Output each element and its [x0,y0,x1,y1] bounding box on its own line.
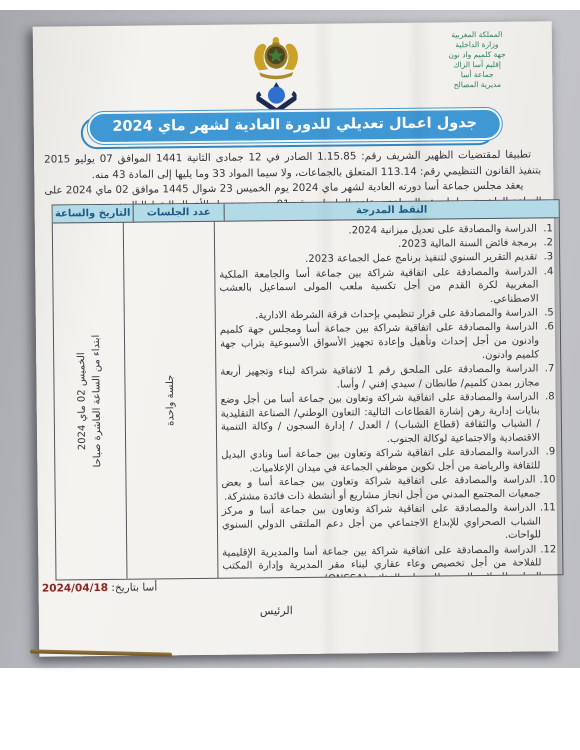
agenda-item-number: 1. [541,222,553,236]
letterhead: المملكة المغربية وزارة الداخلية جهة كلمي… [416,29,539,90]
agenda-table: النقط المدرجة عدد الجلسات التاريخ والساع… [52,199,564,580]
agenda-item-text: الدراسة والمصادقة على الملحق رقم 1 لاتفا… [220,363,539,390]
intro-paragraph-legal: تطبيقا لمقتضيات الظهير الشريف رقم: 1.15.… [44,147,541,183]
letterhead-line: مديرية المصالح [416,79,538,90]
screenshot-canvas: المملكة المغربية وزارة الداخلية جهة كلمي… [0,0,580,750]
agenda-item-text: الدراسة والمصادقة على اتفاقية شراكة بين … [220,322,539,361]
agenda-item: 12.الدراسة والمصادقة على اتفاقية شراكة ب… [222,543,556,578]
agenda-item-text: الدراسة والمصادقة على اتفاقية شراكة وتعا… [222,503,541,542]
agenda-item-number: 8. [543,390,555,404]
agenda-item-text: الدراسة والمصادقة على اتفاقية شراكة بين … [222,544,541,578]
agenda-item-text: برمجة فائض السنة المالية 2023. [398,238,537,250]
sessions-cell: جلسة واحدة [123,222,218,579]
signature-title: الرئيس [17,601,536,619]
agenda-item-text: تقديم التقرير السنوي لتنفيذ برنامج عمل ا… [305,252,537,265]
agenda-item-number: 12. [540,543,556,557]
place-date-label: أسا بتاريخ: [111,581,157,593]
agenda-items-cell: 1.الدراسة والمصادقة على تعديل ميزانية 20… [214,218,563,578]
document-page: المملكة المغربية وزارة الداخلية جهة كلمي… [33,21,559,656]
agenda-item-text: الدراسة والمصادقة على اتفاقية شراكة وتعا… [221,475,540,503]
agenda-item-number: 7. [542,362,554,376]
datetime-value: الخميس 02 ماي 2024 ابتداء من الساعة العا… [74,335,105,468]
agenda-item: 9.الدراسة والمصادقة على اتفاقية شراكة وت… [221,446,555,477]
agenda-item: 6.الدراسة والمصادقة على اتفاقية شراكة بي… [220,321,554,366]
agenda-item: 11.الدراسة والمصادقة على اتفاقية شراكة و… [222,501,556,546]
agenda-item-text: الدراسة والمصادقة على اتفاقية شراكة وتعا… [221,447,540,475]
agenda-item-number: 9. [543,446,555,460]
agenda-item: 7.الدراسة والمصادقة على الملحق رقم 1 لات… [220,362,554,393]
agenda-item-number: 6. [542,321,554,335]
agenda-item: 10.الدراسة والمصادقة على اتفاقية شراكة و… [221,473,555,504]
scan-photo-background: المملكة المغربية وزارة الداخلية جهة كلمي… [0,10,580,668]
agenda-item: 4.الدراسة والمصادقة على اتفاقية شراكة بي… [219,265,553,310]
sessions-value: جلسة واحدة [163,375,179,426]
agenda-table-body: 1.الدراسة والمصادقة على تعديل ميزانية 20… [53,218,563,579]
agenda-item-text: الدراسة والمصادقة على اتفاقية شراكة بين … [219,266,538,305]
agenda-item-number: 11. [540,501,556,515]
agenda-item: 8.الدراسة والمصادقة على اتفاقية شراكة وت… [221,390,556,448]
session-time-line: ابتداء من الساعة العاشرة صباحا [89,335,105,468]
header-sessions: عدد الجلسات [133,204,224,222]
agenda-item-number: 10. [540,473,556,487]
place-date: أسا بتاريخ: 2024/04/18 [41,581,159,594]
header-datetime: التاريخ والساعة [53,205,133,223]
agenda-item-number: 2. [541,237,553,251]
agenda-item-text: الدراسة والمصادقة على اتفاقية شراكة وتعا… [221,391,541,445]
agenda-item-number: 5. [542,307,554,321]
morocco-coat-of-arms-icon [245,34,307,81]
session-date-line: الخميس 02 ماي 2024 [74,335,90,468]
agenda-item-text: الدراسة والمصادقة على تعديل ميزانية 2024… [348,223,536,236]
agenda-item-number: 3. [541,251,553,265]
agenda-item-text: الدراسة والمصادقة على قرار تنظيمي بإحداث… [255,308,538,322]
datetime-cell: الخميس 02 ماي 2024 ابتداء من الساعة العا… [53,223,127,580]
document-date: 2024/04/18 [42,582,108,595]
agenda-item-number: 4. [541,265,553,279]
title-banner: جدول اعمال تعديلي للدورة العادية لشهر ما… [88,108,502,144]
header-items: النقط المدرجة [224,200,559,221]
